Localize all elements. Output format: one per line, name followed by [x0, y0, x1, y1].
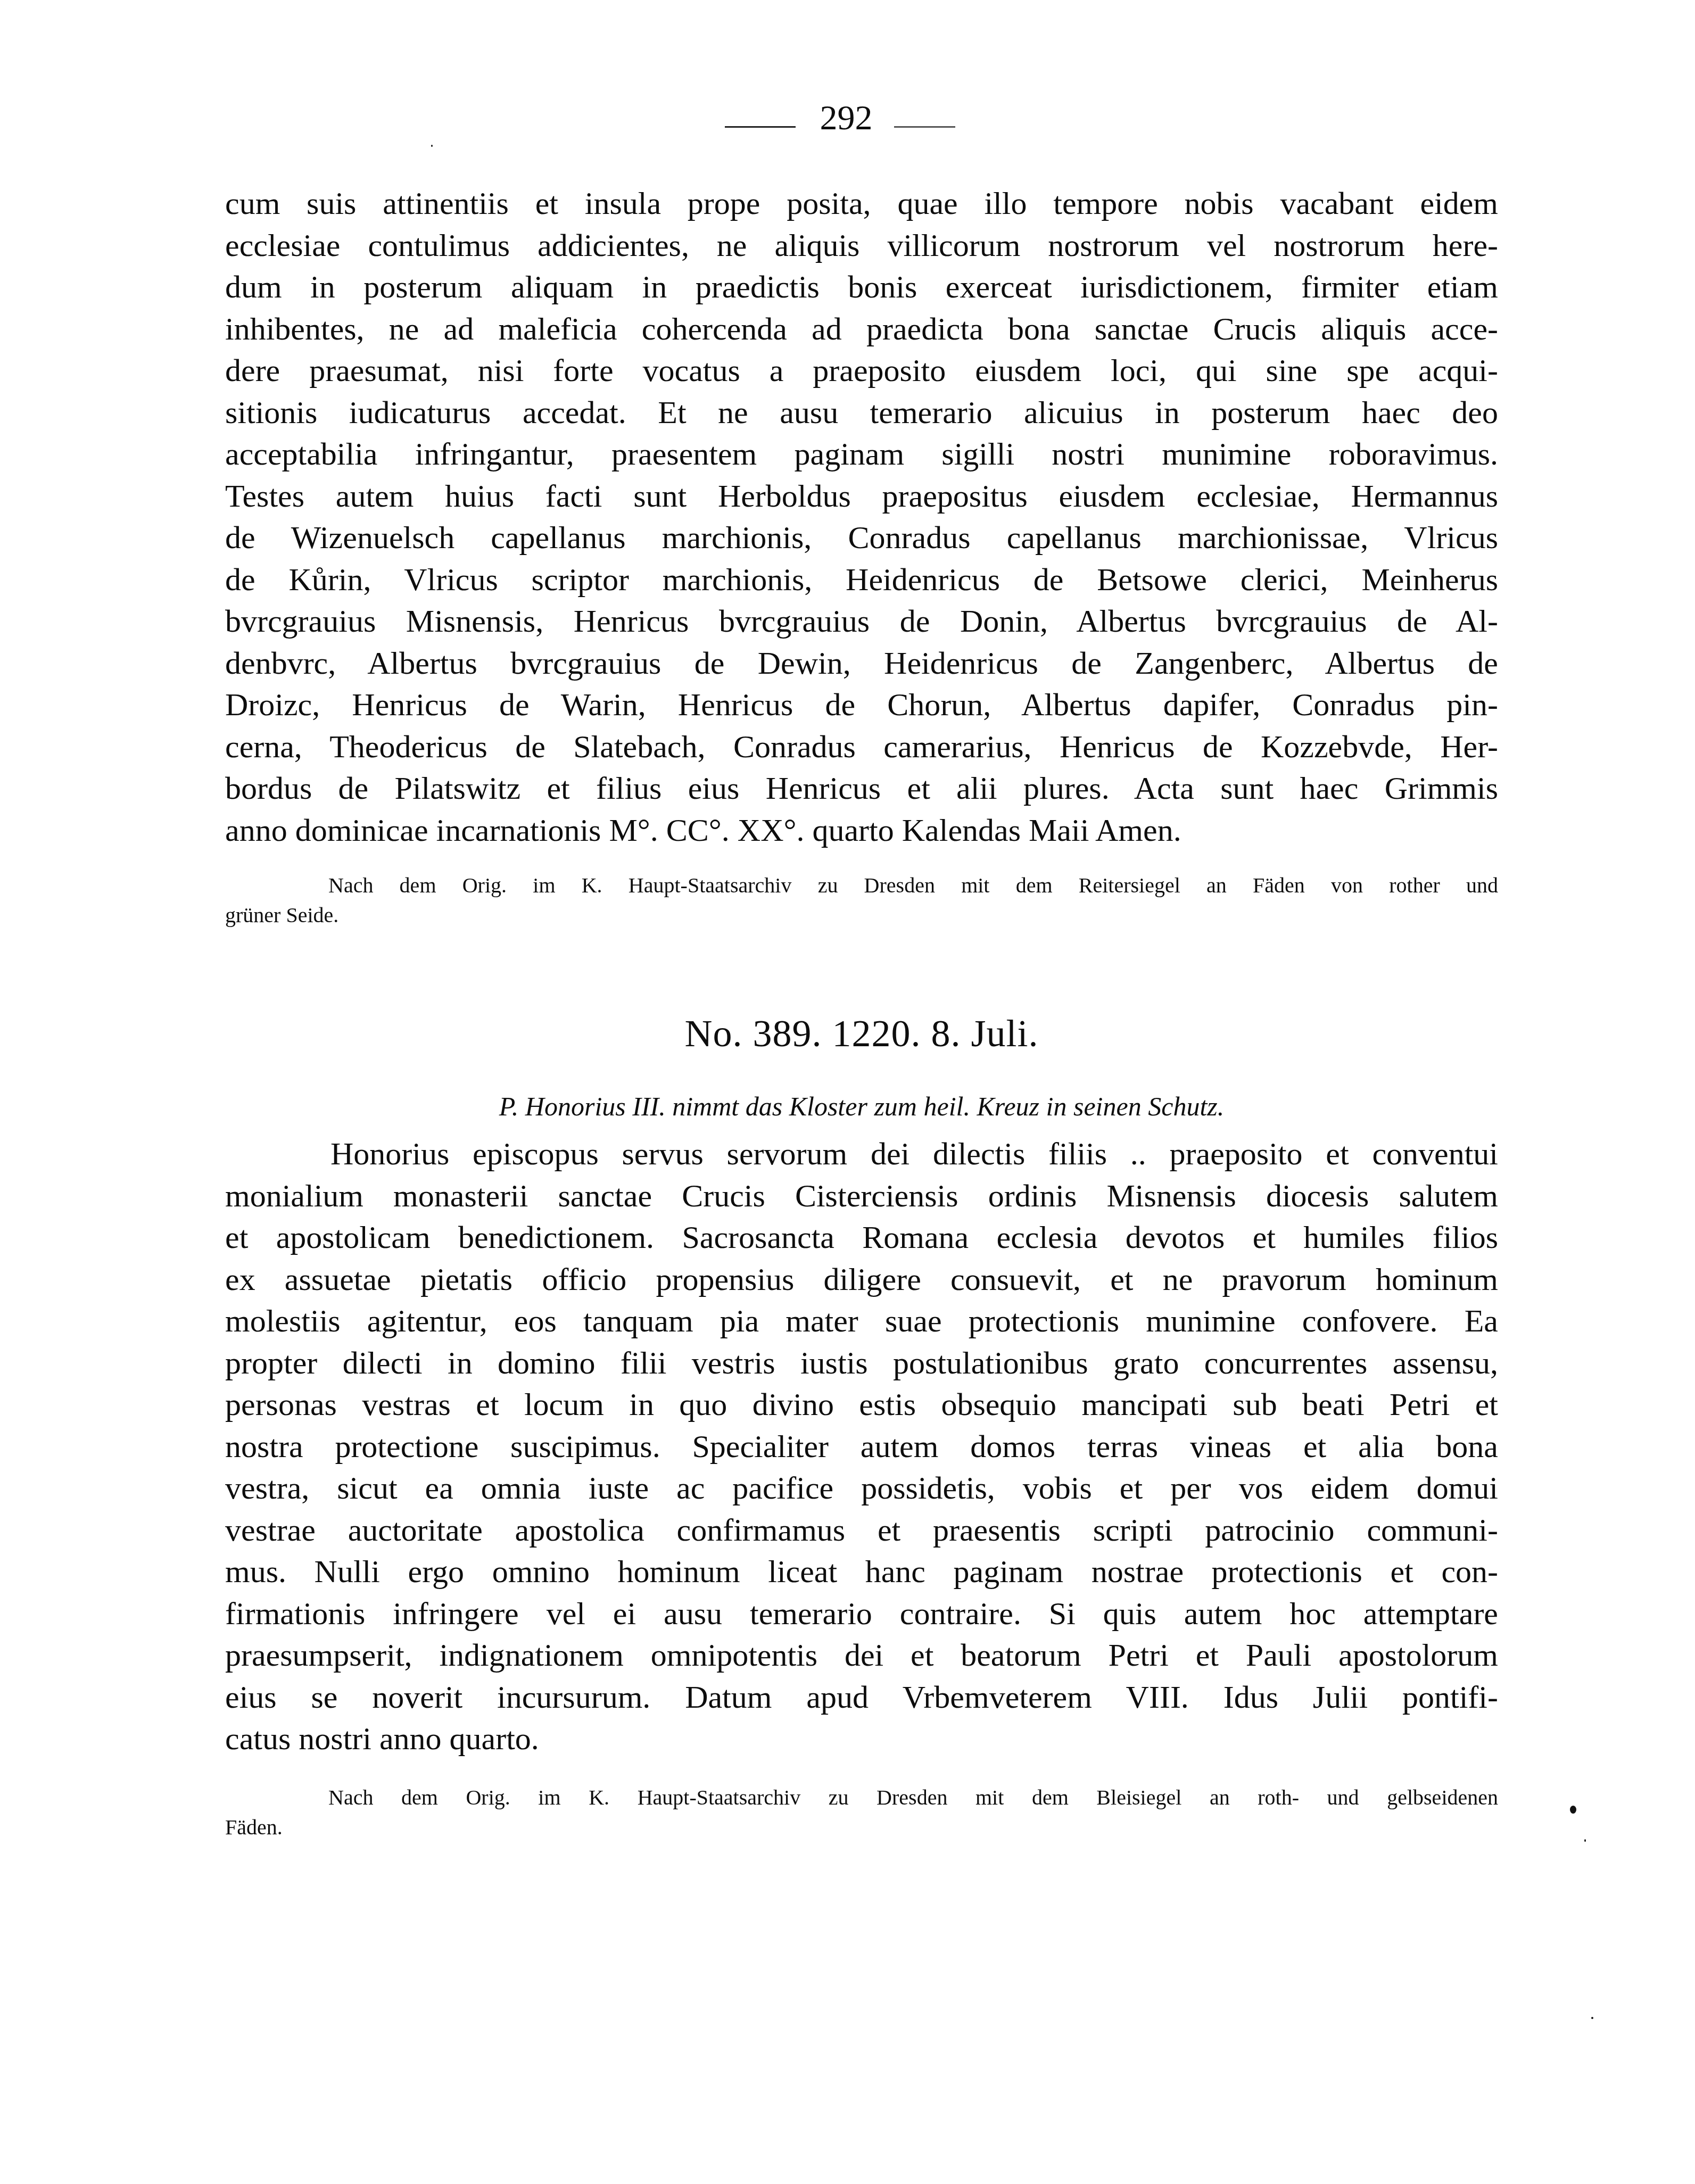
page-number: 292	[798, 97, 894, 139]
body-line: inhibentes, ne ad maleficia cohercenda a…	[225, 308, 1498, 350]
charter-388-body: cum suis attinentiis et insula prope pos…	[225, 183, 1498, 851]
charter-389-heading: No. 389. 1220. 8. Juli.	[225, 1010, 1498, 1057]
body-line: monialium monasterii sanctae Crucis Cist…	[225, 1175, 1498, 1217]
body-line: de Kůrin, Vlricus scriptor marchionis, H…	[225, 559, 1498, 601]
body-line: sitionis iudicaturus accedat. Et ne ausu…	[225, 392, 1498, 434]
body-line: eius se noverit incursurum. Datum apud V…	[225, 1676, 1498, 1718]
body-line: Honorius episcopus servus servorum dei d…	[225, 1133, 1498, 1175]
body-line: denbvrc, Albertus bvrcgrauius de Dewin, …	[225, 642, 1498, 684]
scan-speck	[431, 145, 433, 147]
body-line: bvrcgrauius Misnensis, Henricus bvrcgrau…	[225, 600, 1498, 642]
body-line: anno dominicae incarnationis M°. CC°. XX…	[225, 809, 1498, 851]
body-line: vestrae auctoritate apostolica confirmam…	[225, 1509, 1498, 1551]
body-line: ecclesiae contulimus addicientes, ne ali…	[225, 225, 1498, 267]
body-line: de Wizenuelsch capellanus marchionis, Co…	[225, 517, 1498, 559]
body-line: Droizc, Henricus de Warin, Henricus de C…	[225, 684, 1498, 726]
body-line: dum in posterum aliquam in praedictis bo…	[225, 266, 1498, 308]
body-line: ex assuetae pietatis officio propensius …	[225, 1259, 1498, 1301]
body-line: cerna, Theodericus de Slatebach, Conradu…	[225, 726, 1498, 768]
body-line: propter dilecti in domino filii vestris …	[225, 1342, 1498, 1384]
body-line: firmationis infringere vel ei ausu temer…	[225, 1593, 1498, 1635]
body-line: bordus de Pilatswitz et filius eius Henr…	[225, 767, 1498, 809]
scan-speck	[1570, 1806, 1576, 1814]
body-line: acceptabilia infringantur, praesentem pa…	[225, 433, 1498, 475]
charter-388-source-note: Nach dem Orig. im K. Haupt-Staatsarchiv …	[225, 871, 1498, 930]
scan-speck	[1584, 1839, 1586, 1842]
page-number-rule-left	[725, 126, 796, 128]
body-line: et apostolicam benedictionem. Sacrosanct…	[225, 1217, 1498, 1259]
footnote-line: Fäden.	[225, 1813, 1498, 1842]
body-line: personas vestras et locum in quo divino …	[225, 1384, 1498, 1426]
charter-389-body: Honorius episcopus servus servorum dei d…	[225, 1133, 1498, 1760]
body-line: praesumpserit, indignationem omnipotenti…	[225, 1634, 1498, 1676]
page-number-rule-right	[894, 126, 955, 128]
body-line: dere praesumat, nisi forte vocatus a pra…	[225, 350, 1498, 392]
footnote-line: grüner Seide.	[225, 900, 1498, 930]
body-line: cum suis attinentiis et insula prope pos…	[225, 183, 1498, 225]
body-line: Testes autem huius facti sunt Herboldus …	[225, 475, 1498, 517]
body-line: vestra, sicut ea omnia iuste ac pacifice…	[225, 1467, 1498, 1509]
footnote-line: Nach dem Orig. im K. Haupt-Staatsarchiv …	[225, 871, 1498, 900]
body-line: nostra protectione suscipimus. Specialit…	[225, 1426, 1498, 1468]
charter-389-regest: P. Honorius III. nimmt das Kloster zum h…	[225, 1089, 1498, 1123]
charter-389-source-note: Nach dem Orig. im K. Haupt-Staatsarchiv …	[225, 1783, 1498, 1842]
body-line: catus nostri anno quarto.	[225, 1718, 1498, 1760]
body-line: mus. Nulli ergo omnino hominum liceat ha…	[225, 1551, 1498, 1593]
scan-speck	[1591, 2017, 1593, 2019]
body-line: molestiis agitentur, eos tanquam pia mat…	[225, 1300, 1498, 1342]
footnote-line: Nach dem Orig. im K. Haupt-Staatsarchiv …	[225, 1783, 1498, 1813]
